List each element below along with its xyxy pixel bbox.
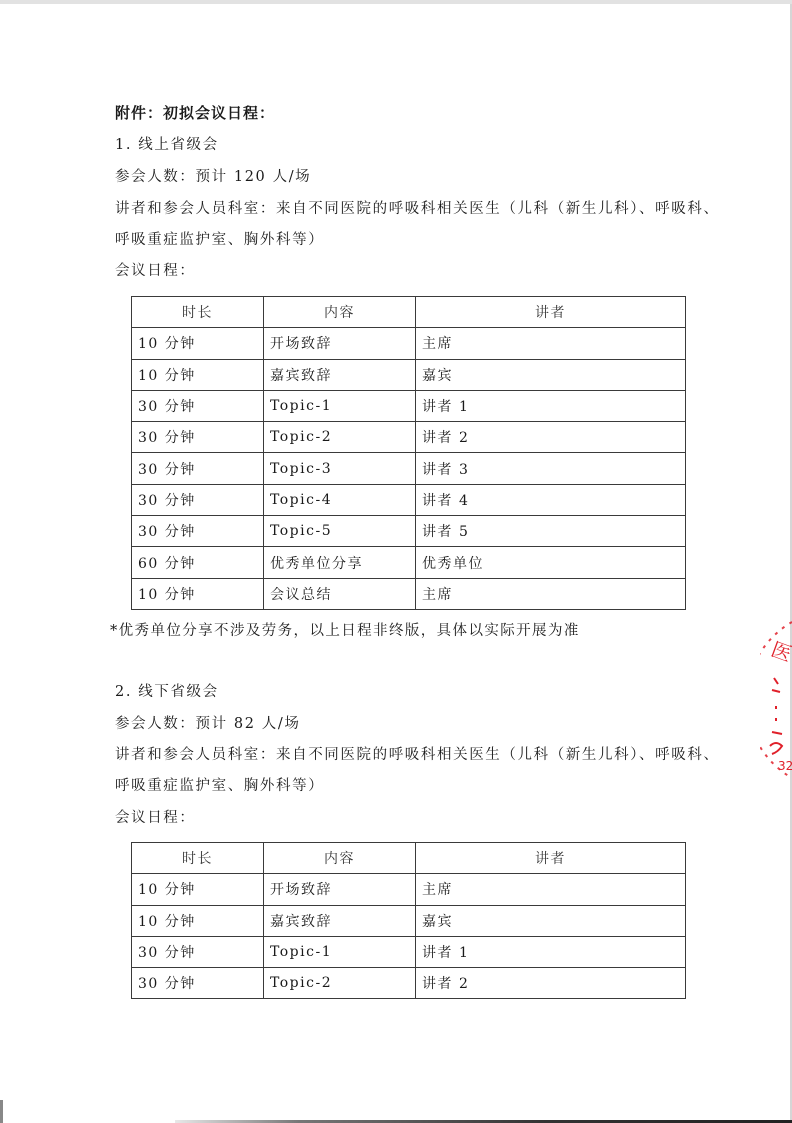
cell-speaker: 主席 xyxy=(416,874,686,905)
cell-speaker: 讲者 1 xyxy=(416,936,686,967)
cell-duration: 10 分钟 xyxy=(132,328,264,359)
header-content: 内容 xyxy=(264,843,416,874)
cell-speaker: 主席 xyxy=(416,328,686,359)
table-row: 30 分钟 Topic-4 讲者 4 xyxy=(132,484,686,515)
table-row: 30 分钟 Topic-1 讲者 1 xyxy=(132,936,686,967)
cell-duration: 10 分钟 xyxy=(132,905,264,936)
svg-text:医: 医 xyxy=(768,637,792,666)
cell-speaker: 主席 xyxy=(416,578,686,609)
table-row: 30 分钟 Topic-2 讲者 2 xyxy=(132,422,686,453)
cell-duration: 60 分钟 xyxy=(132,547,264,578)
cell-duration: 30 分钟 xyxy=(132,968,264,999)
cell-content: 会议总结 xyxy=(264,578,416,609)
cell-duration: 30 分钟 xyxy=(132,484,264,515)
cell-speaker: 优秀单位 xyxy=(416,547,686,578)
header-duration: 时长 xyxy=(132,843,264,874)
section-1-attendees: 参会人数：预计 120 人/场 xyxy=(115,167,311,187)
table-row: 10 分钟 会议总结 主席 xyxy=(132,578,686,609)
cell-content: 嘉宾致辞 xyxy=(264,359,416,390)
header-content: 内容 xyxy=(264,297,416,328)
cell-content: Topic-2 xyxy=(264,422,416,453)
table-row: 30 分钟 Topic-3 讲者 3 xyxy=(132,453,686,484)
section-2-schedule-table: 时长 内容 讲者 10 分钟 开场致辞 主席 10 分钟 嘉宾致辞 嘉宾 30 … xyxy=(131,842,686,999)
cell-speaker: 讲者 5 xyxy=(416,516,686,547)
seal-icon: 医 32 xyxy=(760,610,792,790)
cell-duration: 30 分钟 xyxy=(132,516,264,547)
table-row: 10 分钟 开场致辞 主席 xyxy=(132,328,686,359)
svg-text:32: 32 xyxy=(778,759,792,773)
section-1-heading: 1. 线上省级会 xyxy=(115,135,219,155)
cell-content: Topic-1 xyxy=(264,936,416,967)
table-header-row: 时长 内容 讲者 xyxy=(132,297,686,328)
cell-duration: 30 分钟 xyxy=(132,390,264,421)
section-1-schedule-label: 会议日程： xyxy=(115,261,196,281)
scan-left-edge xyxy=(0,1100,3,1123)
cell-content: Topic-1 xyxy=(264,390,416,421)
table-row: 10 分钟 开场致辞 主席 xyxy=(132,874,686,905)
cell-duration: 10 分钟 xyxy=(132,874,264,905)
cell-content: Topic-3 xyxy=(264,453,416,484)
table-row: 10 分钟 嘉宾致辞 嘉宾 xyxy=(132,905,686,936)
cell-duration: 10 分钟 xyxy=(132,578,264,609)
section-1-schedule-table: 时长 内容 讲者 10 分钟 开场致辞 主席 10 分钟 嘉宾致辞 嘉宾 30 … xyxy=(131,296,686,610)
document-title: 附件：初拟会议日程： xyxy=(115,103,275,123)
cell-content: 开场致辞 xyxy=(264,328,416,359)
scan-top-edge xyxy=(0,0,792,4)
cell-duration: 10 分钟 xyxy=(132,359,264,390)
section-2-attendees: 参会人数：预计 82 人/场 xyxy=(115,714,300,734)
section-1-note: *优秀单位分享不涉及劳务，以上日程非终版，具体以实际开展为准 xyxy=(110,621,580,641)
cell-content: Topic-2 xyxy=(264,968,416,999)
section-1-departments-line2: 呼吸重症监护室、胸外科等） xyxy=(115,230,324,250)
section-2-departments-line1: 讲者和参会人员科室：来自不同医院的呼吸科相关医生（儿科（新生儿科）、呼吸科、 xyxy=(115,745,720,765)
section-2-schedule-label: 会议日程： xyxy=(115,808,196,828)
header-speaker: 讲者 xyxy=(416,843,686,874)
cell-speaker: 讲者 2 xyxy=(416,968,686,999)
table-row: 30 分钟 Topic-2 讲者 2 xyxy=(132,968,686,999)
cell-content: Topic-5 xyxy=(264,516,416,547)
official-seal-stamp: 医 32 xyxy=(760,610,792,790)
cell-speaker: 嘉宾 xyxy=(416,359,686,390)
table-header-row: 时长 内容 讲者 xyxy=(132,843,686,874)
cell-speaker: 讲者 4 xyxy=(416,484,686,515)
header-duration: 时长 xyxy=(132,297,264,328)
cell-duration: 30 分钟 xyxy=(132,453,264,484)
section-2-heading: 2. 线下省级会 xyxy=(115,682,219,702)
section-1-departments-line1: 讲者和参会人员科室：来自不同医院的呼吸科相关医生（儿科（新生儿科）、呼吸科、 xyxy=(115,199,720,219)
cell-content: 优秀单位分享 xyxy=(264,547,416,578)
table-row: 30 分钟 Topic-1 讲者 1 xyxy=(132,390,686,421)
cell-speaker: 讲者 2 xyxy=(416,422,686,453)
cell-duration: 30 分钟 xyxy=(132,936,264,967)
cell-content: 开场致辞 xyxy=(264,874,416,905)
cell-speaker: 讲者 3 xyxy=(416,453,686,484)
section-2-departments-line2: 呼吸重症监护室、胸外科等） xyxy=(115,776,324,796)
cell-speaker: 讲者 1 xyxy=(416,390,686,421)
cell-speaker: 嘉宾 xyxy=(416,905,686,936)
cell-content: 嘉宾致辞 xyxy=(264,905,416,936)
cell-duration: 30 分钟 xyxy=(132,422,264,453)
table-row: 60 分钟 优秀单位分享 优秀单位 xyxy=(132,547,686,578)
table-row: 10 分钟 嘉宾致辞 嘉宾 xyxy=(132,359,686,390)
cell-content: Topic-4 xyxy=(264,484,416,515)
header-speaker: 讲者 xyxy=(416,297,686,328)
table-row: 30 分钟 Topic-5 讲者 5 xyxy=(132,516,686,547)
